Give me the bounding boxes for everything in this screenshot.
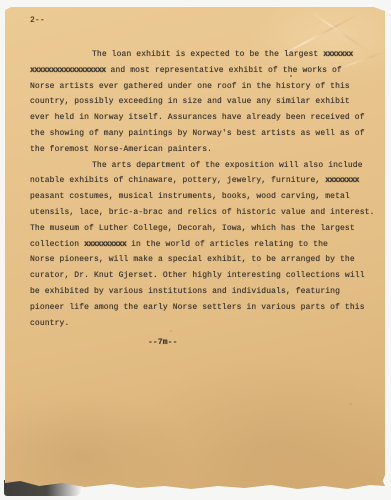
typed-line: be exhibited by various institutions and… xyxy=(30,284,368,300)
typed-line: The museum of Luther College, Decorah, I… xyxy=(30,221,368,237)
typed-line: The arts department of the exposition wi… xyxy=(30,158,368,174)
typed-line: notable exhibits of chinaware, pottery, … xyxy=(30,173,368,189)
typed-line: the foremost Norse-American painters. xyxy=(30,142,368,158)
typed-line: country. xyxy=(30,316,368,332)
typed-line: ever held in Norway itself. Assurances h… xyxy=(30,110,368,126)
scanned-document: 2-- The loan exhibit is expected to be t… xyxy=(0,0,391,500)
typed-line: curator, Dr. Knut Gjerset. Other highly … xyxy=(30,268,368,284)
typed-line: Norse artists ever gathered under one ro… xyxy=(30,79,368,95)
end-mark: --7m-- xyxy=(30,336,368,350)
typed-line: utensils, lace, bric-a-brac and relics o… xyxy=(30,205,368,221)
page-number: 2-- xyxy=(30,13,368,47)
typed-line: The loan exhibit is expected to be the l… xyxy=(30,47,368,63)
struck-out-text: xxxxxxx xyxy=(323,50,352,59)
typed-text-block: 2-- The loan exhibit is expected to be t… xyxy=(30,13,368,350)
struck-out-text: xxxxxxxx xyxy=(325,176,359,185)
typed-line: xxxxxxxxxxxxxxxxxx and most representati… xyxy=(30,63,368,79)
typed-line: the showing of many paintings by Norway'… xyxy=(30,126,368,142)
typed-line: peasant costumes, musical instruments, b… xyxy=(30,189,368,205)
body-text: The loan exhibit is expected to be the l… xyxy=(30,47,368,331)
typed-line: pioneer life among the early Norse settl… xyxy=(30,300,368,316)
typed-line: Norse pioneers, will make a special exhi… xyxy=(30,252,368,268)
typed-line: collection xxxxxxxxxx in the world of ar… xyxy=(30,237,368,253)
typed-line: country, possibly exceeding in size and … xyxy=(30,94,368,110)
struck-out-text: xxxxxxxxxxxxxxxxxx xyxy=(30,66,106,75)
struck-out-text: xxxxxxxxxx xyxy=(84,240,126,249)
